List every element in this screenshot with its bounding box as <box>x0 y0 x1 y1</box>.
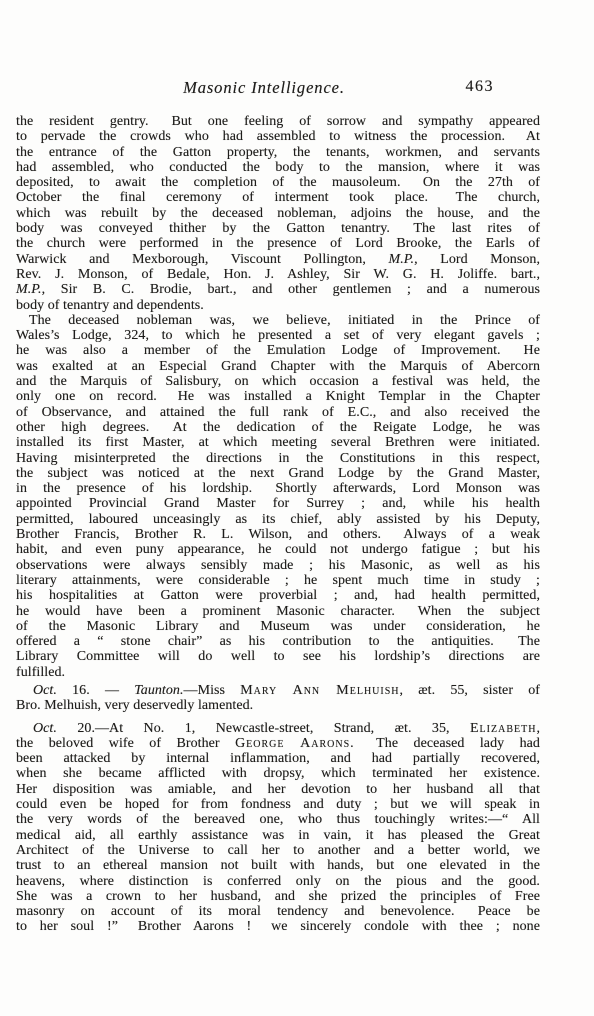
italic-text: Taunton. <box>134 683 183 698</box>
text-line: the subject was noticed at the next Gran… <box>16 466 540 481</box>
text-line: been attacked by internal inflammation, … <box>16 751 540 766</box>
text-line: literary attainments, were considerable … <box>16 573 540 588</box>
paragraph: The deceased nobleman was, we believe, i… <box>16 313 540 680</box>
text-line: Wales’s Lodge, 324, to which he presente… <box>16 328 540 343</box>
italic-text: M.P. <box>389 252 415 267</box>
text-line: to pervade the crowds who had assembled … <box>16 129 540 144</box>
text-line: could even be hoped for from fondness an… <box>16 797 540 812</box>
text-line: the entrance of the Gatton property, the… <box>16 145 540 160</box>
text-line: and the Marquis of Salisbury, on which o… <box>16 374 540 389</box>
book-page: Masonic Intelligence. 463 the resident g… <box>0 0 594 1016</box>
text-line: only one on record. He was installed a K… <box>16 389 540 404</box>
running-title: Masonic Intelligence. <box>2 78 526 98</box>
text-line: in the presence of his lordship. Shortly… <box>16 481 540 496</box>
text-line: when she became afflicted with dropsy, w… <box>16 766 540 781</box>
page-header: Masonic Intelligence. 463 <box>16 78 540 100</box>
text-line: Having misinterpreted the directions in … <box>16 451 540 466</box>
text-line: Oct. 16. — Taunton.—Miss Mary Ann Melhui… <box>16 683 540 698</box>
text-line: body of tenantry and dependents. <box>16 298 540 313</box>
text-line: he was also a member of the Emulation Lo… <box>16 343 540 358</box>
text-line: deposited, to await the completion of th… <box>16 175 540 190</box>
text-line: of Observance, and attained the full ran… <box>16 405 540 420</box>
text-line: Brother Francis, Brother R. L. Wilson, a… <box>16 527 540 542</box>
text-line: the resident gentry. But one feeling of … <box>16 114 540 129</box>
text-line: he would have been a prominent Masonic c… <box>16 604 540 619</box>
italic-text: Oct. <box>33 683 57 698</box>
text-line: his hospitalities at Gatton were proverb… <box>16 588 540 603</box>
text-line: the beloved wife of Brother George Aaron… <box>16 736 540 751</box>
text-line: the church were performed in the presenc… <box>16 236 540 251</box>
text-line: M.P., Sir B. C. Brodie, bart., and other… <box>16 282 540 297</box>
small-caps-text: George Aarons <box>235 736 350 751</box>
text-line: which was rebuilt by the deceased noblem… <box>16 206 540 221</box>
text-line: observations were always sensibly made ;… <box>16 558 540 573</box>
italic-text: M.P. <box>16 282 42 297</box>
text-line: to her soul !” Brother Aarons ! we since… <box>16 919 540 934</box>
page-number: 463 <box>466 78 495 96</box>
text-line: medical aid, all earthly assistance was … <box>16 828 540 843</box>
text-line: Oct. 20.—At No. 1, Newcastle-street, Str… <box>16 721 540 736</box>
paragraph: the resident gentry. But one feeling of … <box>16 114 540 313</box>
text-line: heavens, where distinction is conferred … <box>16 874 540 889</box>
text-line: installed its first Master, at which mee… <box>16 435 540 450</box>
text-line: other high degrees. At the dedication of… <box>16 420 540 435</box>
text-line: habit, and even puny appearance, he coul… <box>16 542 540 557</box>
text-line: was exalted at an Especial Grand Chapter… <box>16 359 540 374</box>
text-line: Her disposition was amiable, and her dev… <box>16 782 540 797</box>
text-line: body was conveyed thither by the Gatton … <box>16 221 540 236</box>
text-line: of the Masonic Library and Museum was un… <box>16 619 540 634</box>
text-line: Bro. Melhuish, very deservedly lamented. <box>16 698 540 713</box>
paragraph: Oct. 16. — Taunton.—Miss Mary Ann Melhui… <box>16 683 540 714</box>
text-block: the resident gentry. But one feeling of … <box>16 114 540 935</box>
text-line: Warwick and Mexborough, Viscount Polling… <box>16 252 540 267</box>
small-caps-text: Mary Ann Melhuish <box>240 683 399 698</box>
italic-text: Oct. <box>33 721 57 736</box>
text-line: Architect of the Universe to call her to… <box>16 843 540 858</box>
text-line: Library Committee will do well to see hi… <box>16 649 540 664</box>
text-line: offered a “ stone chair” as his contribu… <box>16 634 540 649</box>
text-line: trust to an ethereal mansion not built w… <box>16 858 540 873</box>
text-line: Rev. J. Monson, of Bedale, Hon. J. Ashle… <box>16 267 540 282</box>
text-line: had assembled, who conducted the body to… <box>16 160 540 175</box>
text-line: masonry on account of its moral tendency… <box>16 904 540 919</box>
text-line: appointed Provincial Grand Master for Su… <box>16 496 540 511</box>
text-line: the very words of the bereaved one, who … <box>16 812 540 827</box>
text-line: permitted, laboured unceasingly as its c… <box>16 512 540 527</box>
small-caps-text: Elizabeth <box>470 721 536 736</box>
text-line: The deceased nobleman was, we believe, i… <box>16 313 540 328</box>
text-line: She was a crown to her husband, and she … <box>16 889 540 904</box>
text-line: fulfilled. <box>16 665 540 680</box>
text-line: October the final ceremony of interment … <box>16 190 540 205</box>
paragraph: Oct. 20.—At No. 1, Newcastle-street, Str… <box>16 721 540 935</box>
